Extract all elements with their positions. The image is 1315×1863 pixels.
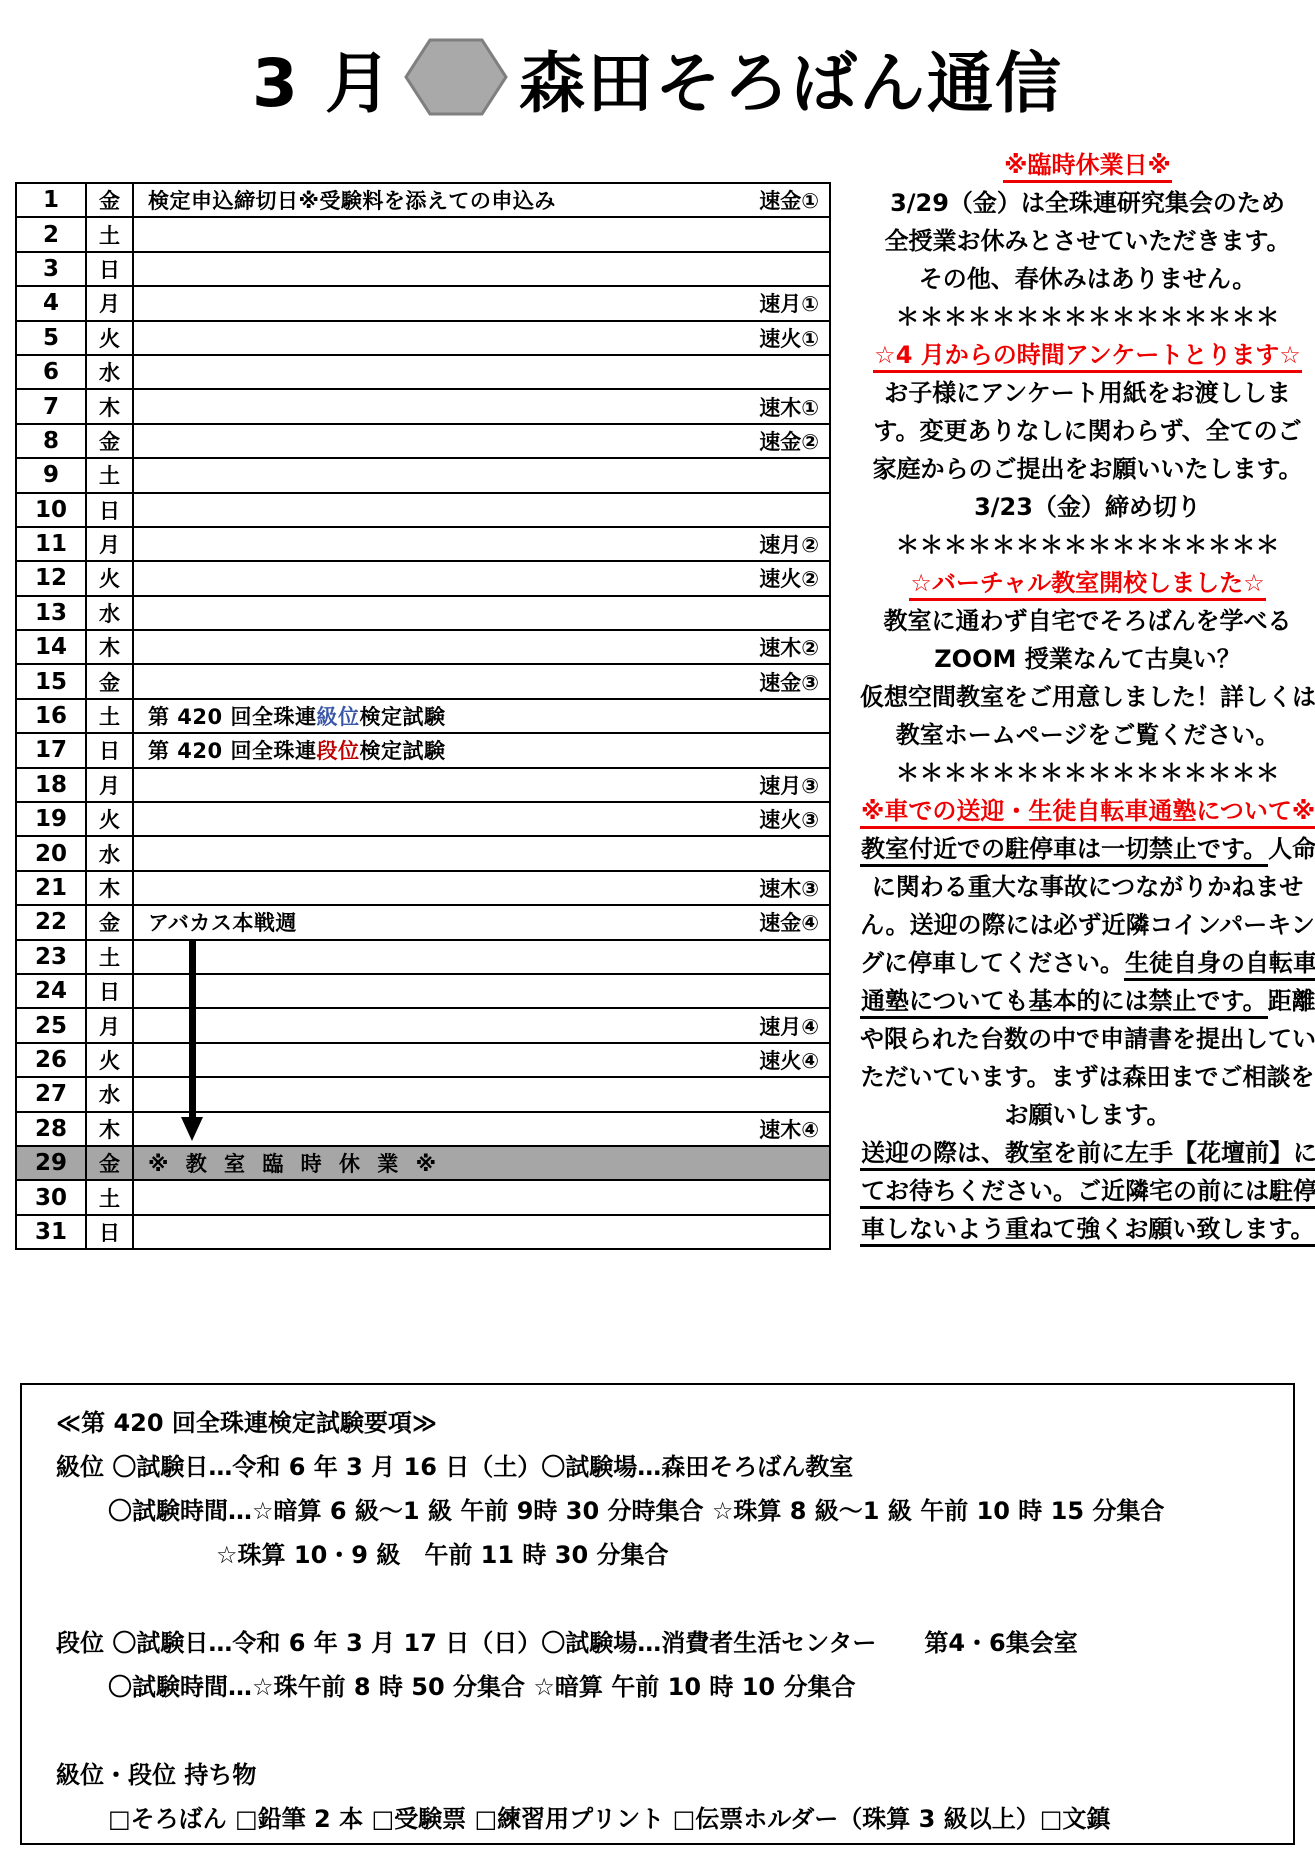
notice-text-part: や限られた台数の中で申請書を提出してい [860,1025,1315,1053]
calendar-day-number: 16 [17,700,87,732]
calendar-event-cell: 速月② [134,528,829,560]
page-title: 3 月 森田そろばん通信 [0,22,1315,132]
exam-line: ☆珠算 10・9 級 午前 11 時 30 分集合 [216,1533,1283,1577]
event-text-part: 検定試験 [359,739,445,763]
calendar-day-number: 2 [17,218,87,250]
calendar-event-cell: 速火② [134,562,829,594]
calendar-day-number: 4 [17,287,87,319]
calendar-day-number: 6 [17,356,87,388]
calendar-day-number: 19 [17,803,87,835]
calendar-day-number: 3 [17,253,87,285]
calendar-day-of-week: 水 [87,356,134,388]
notice-line: ☆4 月からの時間アンケートとります☆ [860,336,1315,374]
calendar-day-number: 26 [17,1044,87,1076]
notice-line: 車しないよう重ねて強くお願い致します。 [860,1210,1315,1248]
notice-text-part: グに停車してください。 [860,949,1124,977]
calendar-class-label: 速金① [759,185,819,215]
notice-line: ＊＊＊＊＊＊＊＊＊＊＊＊＊＊＊＊ [860,754,1315,792]
notice-text-part: 全授業お休みとさせていただきます。 [884,227,1290,255]
table-row: 28木速木④ [17,1113,829,1147]
calendar-day-of-week: 月 [87,287,134,319]
notice-text-part: 3/29（金）は全珠連研究集会のため [890,189,1285,217]
notice-line: ※車での送迎・生徒自転車通塾について※ [860,792,1315,830]
calendar-day-of-week: 日 [87,253,134,285]
notice-line: お子様にアンケート用紙をお渡ししま [860,374,1315,412]
arrow-down-icon [181,1117,203,1141]
calendar-event-text: アバカス本戦週 [148,907,297,937]
calendar-class-label: 速月④ [759,1011,819,1041]
calendar-class-label: 速火② [759,563,819,593]
table-row: 12火速火② [17,562,829,596]
calendar-day-of-week: 水 [87,1078,134,1110]
calendar-event-cell [134,975,829,1007]
calendar-day-number: 13 [17,597,87,629]
calendar-day-of-week: 火 [87,562,134,594]
calendar-event-cell [134,837,829,869]
calendar-class-label: 速金② [759,426,819,456]
calendar-event-cell: 検定申込締切日※受験料を添えての申込み速金① [134,184,829,216]
calendar-event-cell [134,941,829,973]
calendar-event-cell [134,1216,829,1248]
table-row: 15金速金③ [17,665,829,699]
calendar-event-cell: 速火① [134,322,829,354]
exam-line: 段位 〇試験日…令和 6 年 3 月 17 日（日）〇試験場…消費者生活センター… [56,1621,1283,1665]
table-row: 10日 [17,494,829,528]
calendar-day-of-week: 土 [87,700,134,732]
calendar-day-number: 25 [17,1009,87,1041]
exam-line: ≪第 420 回全珠連検定試験要項≫ [56,1401,1283,1445]
exam-line: 〇試験時間…☆暗算 6 級～1 級 午前 9時 30 分時集合 ☆珠算 8 級～… [108,1489,1283,1533]
exam-line [56,1709,1283,1753]
calendar-event-text: ※ 教 室 臨 時 休 業 ※ [148,1148,441,1178]
table-row: 1金検定申込締切日※受験料を添えての申込み速金① [17,184,829,218]
notice-text-part: ＊＊＊＊＊＊＊＊＊＊＊＊＊＊＊＊ [896,759,1280,787]
notice-line: や限られた台数の中で申請書を提出してい [860,1020,1315,1058]
calendar-day-of-week: 金 [87,425,134,457]
notice-line: お願いします。 [860,1096,1315,1134]
calendar-event-cell [134,253,829,285]
table-row: 14木速木② [17,631,829,665]
calendar-day-of-week: 日 [87,975,134,1007]
calendar-day-of-week: 木 [87,390,134,422]
notice-text-part: 教室に通わず自宅でそろばんを学べる [884,607,1292,635]
event-text-part: 第 420 回全珠連 [148,705,316,729]
calendar-day-number: 24 [17,975,87,1007]
calendar-day-number: 14 [17,631,87,663]
calendar-day-number: 23 [17,941,87,973]
notice-text-part: 人命 [1268,835,1315,863]
table-row: 27水 [17,1078,829,1112]
calendar-event-cell: 速木③ [134,872,829,904]
calendar-event-cell [134,1078,829,1110]
notice-text-part: 教室ホームページをご覧ください。 [896,721,1280,749]
calendar-event-cell [134,218,829,250]
calendar-day-number: 9 [17,459,87,491]
calendar-event-cell: 速木① [134,390,829,422]
calendar-day-of-week: 火 [87,322,134,354]
newsletter-page: 3 月 森田そろばん通信 1金検定申込締切日※受験料を添えての申込み速金①2土3… [0,0,1315,1863]
table-row: 3日 [17,253,829,287]
notice-text-part: ※臨時休業日※ [1003,151,1172,183]
notice-text-part: ＊＊＊＊＊＊＊＊＊＊＊＊＊＊＊＊ [896,531,1280,559]
calendar-day-number: 17 [17,734,87,766]
march-calendar-table: 1金検定申込締切日※受験料を添えての申込み速金①2土3日4月速月①5火速火①6水… [15,182,831,1250]
notice-text-part: お子様にアンケート用紙をお渡ししま [884,379,1291,407]
event-text-part: ※ 教 室 臨 時 休 業 ※ [148,1152,441,1176]
calendar-day-number: 20 [17,837,87,869]
calendar-event-cell: 速木② [134,631,829,663]
calendar-event-cell [134,459,829,491]
notice-column: ※臨時休業日※3/29（金）は全珠連研究集会のため全授業お休みとさせていただきま… [860,146,1315,1248]
table-row: 22金アバカス本戦週速金④ [17,906,829,940]
notice-line: 教室付近での駐停車は一切禁止です。人命 [860,830,1315,868]
calendar-event-cell: 第 420 回全珠連段位検定試験 [134,734,829,766]
calendar-event-cell: 速月④ [134,1009,829,1041]
table-row: 19火速火③ [17,803,829,837]
calendar-day-number: 22 [17,906,87,938]
notice-line: ＊＊＊＊＊＊＊＊＊＊＊＊＊＊＊＊ [860,526,1315,564]
notice-line: 教室に通わず自宅でそろばんを学べる [860,602,1315,640]
hexagon-icon [403,37,509,117]
calendar-event-cell: 速火③ [134,803,829,835]
calendar-event-cell: アバカス本戦週速金④ [134,906,829,938]
calendar-event-cell [134,494,829,526]
table-row: 25月速月④ [17,1009,829,1043]
calendar-day-of-week: 水 [87,597,134,629]
table-row: 5火速火① [17,322,829,356]
notice-line: ＊＊＊＊＊＊＊＊＊＊＊＊＊＊＊＊ [860,298,1315,336]
calendar-day-of-week: 金 [87,906,134,938]
notice-line: ただいています。まずは森田までご相談を [860,1058,1315,1096]
calendar-event-cell: 速月③ [134,769,829,801]
calendar-day-number: 8 [17,425,87,457]
calendar-class-label: 速火④ [759,1045,819,1075]
title-name: 森田そろばん通信 [519,30,1063,125]
notice-text-part: 仮想空間教室をご用意しました！詳しくは [860,683,1315,711]
table-row: 4月速月① [17,287,829,321]
calendar-day-of-week: 日 [87,734,134,766]
calendar-event-cell: 速金② [134,425,829,457]
notice-line: ZOOM 授業なんて古臭い？ [860,640,1315,678]
notice-line: その他、春休みはありません。 [860,260,1315,298]
calendar-day-of-week: 金 [87,1147,134,1179]
table-row: 18月速月③ [17,769,829,803]
calendar-class-label: 速木③ [759,873,819,903]
notice-line: 家庭からのご提出をお願いいたします。 [860,450,1315,488]
notice-line: ☆バーチャル教室開校しました☆ [860,564,1315,602]
calendar-day-number: 30 [17,1181,87,1213]
calendar-day-of-week: 木 [87,1113,134,1145]
calendar-day-number: 11 [17,528,87,560]
notice-text-part: 通塾についても基本的には禁止です。 [860,987,1268,1019]
notice-text-part: てお待ちください。ご近隣宅の前には駐停 [860,1177,1315,1209]
table-row: 17日第 420 回全珠連段位検定試験 [17,734,829,768]
calendar-day-of-week: 土 [87,459,134,491]
notice-text-part: ZOOM 授業なんて古臭い？ [934,645,1240,673]
calendar-event-cell: 速月① [134,287,829,319]
event-text-part: アバカス本戦週 [148,911,297,935]
calendar-day-number: 18 [17,769,87,801]
calendar-event-cell: 速金③ [134,665,829,697]
calendar-day-of-week: 水 [87,837,134,869]
notice-line: 全授業お休みとさせていただきます。 [860,222,1315,260]
calendar-day-of-week: 木 [87,872,134,904]
notice-line: 3/29（金）は全珠連研究集会のため [860,184,1315,222]
calendar-day-of-week: 火 [87,803,134,835]
calendar-class-label: 速火③ [759,804,819,834]
calendar-day-number: 31 [17,1216,87,1248]
calendar-day-of-week: 月 [87,528,134,560]
calendar-day-of-week: 土 [87,1181,134,1213]
notice-text-part: 生徒自身の自転車 [1124,949,1315,981]
exam-line: □そろばん □鉛筆 2 本 □受験票 □練習用プリント □伝票ホルダー（珠算 3… [108,1797,1283,1841]
notice-line: てお待ちください。ご近隣宅の前には駐停 [860,1172,1315,1210]
notice-text-part: ただいています。まずは森田までご相談を [860,1063,1314,1091]
event-text-part: 検定申込締切日※受験料を添えての申込み [148,189,556,213]
calendar-day-number: 5 [17,322,87,354]
calendar-class-label: 速木② [759,632,819,662]
calendar-day-of-week: 木 [87,631,134,663]
calendar-event-cell: 速火④ [134,1044,829,1076]
notice-text-part: ※車での送迎・生徒自転車通塾について※ [860,797,1315,829]
table-row: 24日 [17,975,829,1009]
calendar-day-of-week: 日 [87,494,134,526]
event-text-part: 級位 [316,705,359,729]
table-row: 2土 [17,218,829,252]
calendar-event-cell: ※ 教 室 臨 時 休 業 ※ [134,1147,829,1179]
calendar-class-label: 速月② [759,529,819,559]
notice-line: 仮想空間教室をご用意しました！詳しくは [860,678,1315,716]
calendar-class-label: 速金③ [759,667,819,697]
notice-line: 教室ホームページをご覧ください。 [860,716,1315,754]
event-text-part: 段位 [316,739,359,763]
notice-text-part: ☆4 月からの時間アンケートとります☆ [873,341,1302,373]
notice-text-part: に関わる重大な事故につながりかねませ [872,873,1304,901]
notice-text-part: 距離 [1268,987,1315,1015]
exam-line: 級位 〇試験日…令和 6 年 3 月 16 日（土）〇試験場…森田そろばん教室 [56,1445,1283,1489]
table-row: 11月速月② [17,528,829,562]
calendar-day-of-week: 土 [87,941,134,973]
notice-line: 通塾についても基本的には禁止です。距離 [860,982,1315,1020]
notice-line: す。変更ありなしに関わらず、全てのご [860,412,1315,450]
notice-text-part: ☆バーチャル教室開校しました☆ [909,569,1265,601]
calendar-day-number: 10 [17,494,87,526]
calendar-class-label: 速月① [759,288,819,318]
calendar-day-number: 7 [17,390,87,422]
calendar-day-of-week: 金 [87,665,134,697]
notice-line: グに停車してください。生徒自身の自転車 [860,944,1315,982]
calendar-day-of-week: 火 [87,1044,134,1076]
table-row: 29金※ 教 室 臨 時 休 業 ※ [17,1147,829,1181]
calendar-event-text: 第 420 回全珠連段位検定試験 [148,735,445,765]
table-row: 6水 [17,356,829,390]
notice-line: 3/23（金）締め切り [860,488,1315,526]
calendar-class-label: 速金④ [759,907,819,937]
calendar-class-label: 速月③ [759,770,819,800]
table-row: 9土 [17,459,829,493]
notice-text-part: 家庭からのご提出をお願いいたします。 [872,455,1302,483]
event-text-part: 検定試験 [359,705,445,729]
table-row: 26火速火④ [17,1044,829,1078]
title-month: 3 月 [252,30,393,125]
notice-line: ん。送迎の際には必ず近隣コインパーキン [860,906,1315,944]
calendar-class-label: 速火① [759,323,819,353]
notice-text-part: お願いします。 [1004,1101,1170,1129]
calendar-event-cell [134,1181,829,1213]
calendar-event-cell: 速木④ [134,1113,829,1145]
table-row: 13水 [17,597,829,631]
notice-line: ※臨時休業日※ [860,146,1315,184]
notice-text-part: その他、春休みはありません。 [919,265,1256,293]
calendar-day-of-week: 金 [87,184,134,216]
exam-info-box: ≪第 420 回全珠連検定試験要項≫級位 〇試験日…令和 6 年 3 月 16 … [20,1383,1295,1845]
calendar-event-text: 検定申込締切日※受験料を添えての申込み [148,185,556,215]
calendar-event-text: 第 420 回全珠連級位検定試験 [148,701,445,731]
notice-text-part: 送迎の際は、教室を前に左手【花壇前】に [860,1139,1315,1171]
calendar-day-number: 21 [17,872,87,904]
calendar-day-of-week: 月 [87,1009,134,1041]
table-row: 8金速金② [17,425,829,459]
notice-text-part: 教室付近での駐停車は一切禁止です。 [860,835,1268,867]
notice-line: に関わる重大な事故につながりかねませ [860,868,1315,906]
calendar-day-number: 27 [17,1078,87,1110]
table-row: 23土 [17,941,829,975]
calendar-event-cell [134,356,829,388]
event-text-part: 第 420 回全珠連 [148,739,316,763]
exam-line [56,1577,1283,1621]
notice-text-part: ん。送迎の際には必ず近隣コインパーキン [860,911,1315,939]
calendar-day-number: 1 [17,184,87,216]
calendar-day-of-week: 土 [87,218,134,250]
calendar-day-number: 15 [17,665,87,697]
exam-line: 級位・段位 持ち物 [56,1753,1283,1797]
calendar-day-number: 29 [17,1147,87,1179]
calendar-day-of-week: 月 [87,769,134,801]
calendar-day-of-week: 日 [87,1216,134,1248]
table-row: 7木速木① [17,390,829,424]
table-row: 31日 [17,1216,829,1248]
calendar-day-number: 28 [17,1113,87,1145]
event-span-arrow-line [189,941,196,1117]
calendar-class-label: 速木① [759,392,819,422]
table-row: 21木速木③ [17,872,829,906]
notice-line: 送迎の際は、教室を前に左手【花壇前】に [860,1134,1315,1172]
table-row: 16土第 420 回全珠連級位検定試験 [17,700,829,734]
notice-text-part: ＊＊＊＊＊＊＊＊＊＊＊＊＊＊＊＊ [896,303,1280,331]
table-row: 20水 [17,837,829,871]
calendar-event-cell [134,597,829,629]
calendar-event-cell: 第 420 回全珠連級位検定試験 [134,700,829,732]
exam-line: 〇試験時間…☆珠午前 8 時 50 分集合 ☆暗算 午前 10 時 10 分集合 [108,1665,1283,1709]
calendar-class-label: 速木④ [759,1114,819,1144]
table-row: 30土 [17,1181,829,1215]
notice-text-part: 3/23（金）締め切り [974,493,1201,521]
notice-text-part: す。変更ありなしに関わらず、全てのご [873,417,1301,445]
notice-text-part: 車しないよう重ねて強くお願い致します。 [860,1215,1315,1247]
calendar-day-number: 12 [17,562,87,594]
